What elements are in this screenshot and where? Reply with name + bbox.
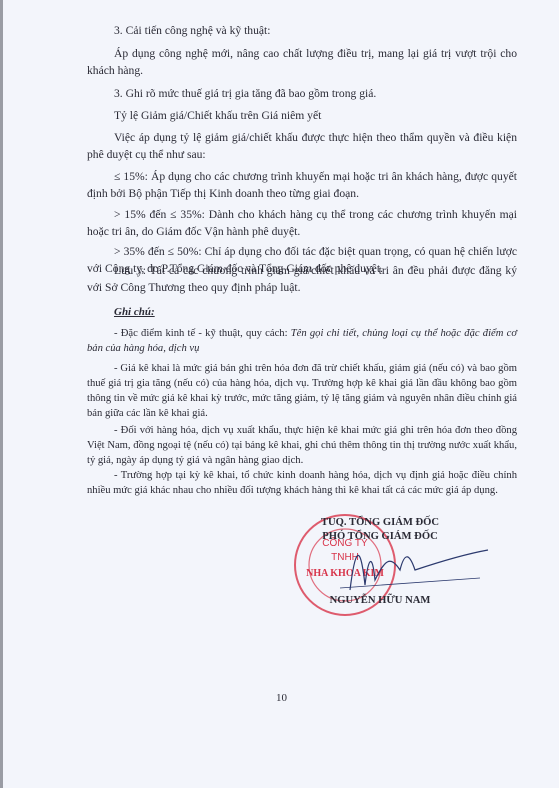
legal-note: Lưu ý: Tất cả các chương trình giảm giá/… [87,262,517,296]
text: Lưu ý: Tất cả các chương trình giảm giá/… [87,264,517,294]
note-item: - Đối với hàng hóa, dịch vụ xuất khẩu, t… [87,423,517,468]
signer-name: NGUYỄN HỮU NAM [280,595,480,606]
page-number: 10 [276,692,287,704]
text: - Đối với hàng hóa, dịch vụ xuất khẩu, t… [87,425,517,466]
note-item: - Giá kê khai là mức giá bán ghi trên hó… [87,361,517,421]
notes-title: Ghi chú: [114,306,155,318]
paragraph: Áp dụng công nghệ mới, nâng cao chất lượ… [87,45,517,79]
text: Áp dụng công nghệ mới, nâng cao chất lượ… [87,47,517,77]
text: Tỷ lệ Giảm giá/Chiết khấu trên Giá niêm … [114,109,321,122]
text: 3. Cải tiến công nghệ và kỹ thuật: [114,24,270,37]
text: 3. Ghi rõ mức thuế giá trị gia tăng đã b… [114,87,376,100]
paragraph: 3. Ghi rõ mức thuế giá trị gia tăng đã b… [87,85,517,102]
paragraph: Tỷ lệ Giảm giá/Chiết khấu trên Giá niêm … [87,107,517,124]
text: - Đặc điểm kinh tế - kỹ thuật, quy cách: [114,328,291,339]
text: - Giá kê khai là mức giá bán ghi trên hó… [87,363,517,419]
text: Việc áp dụng tỷ lệ giảm giá/chiết khấu đ… [87,131,517,161]
note-item: - Trường hợp tại kỳ kê khai, tổ chức kin… [87,468,517,498]
document-page: 3. Cải tiến công nghệ và kỹ thuật: Áp dụ… [0,0,559,788]
text: - Trường hợp tại kỳ kê khai, tổ chức kin… [87,470,517,496]
paragraph: Việc áp dụng tỷ lệ giảm giá/chiết khấu đ… [87,129,517,163]
note-item: - Đặc điểm kinh tế - kỹ thuật, quy cách:… [87,326,517,356]
signature-subtitle: PHÓ TỔNG GIÁM ĐỐC [280,531,480,542]
text: ≤ 15%: Áp dụng cho các chương trình khuy… [87,170,517,200]
signature-title: TUQ. TỔNG GIÁM ĐỐC [280,517,480,528]
discount-tier: ≤ 15%: Áp dụng cho các chương trình khuy… [87,168,517,202]
text: > 15% đến ≤ 35%: Dành cho khách hàng cụ … [87,208,517,238]
discount-tier: > 15% đến ≤ 35%: Dành cho khách hàng cụ … [87,206,517,240]
paragraph: 3. Cải tiến công nghệ và kỹ thuật: [87,22,517,39]
